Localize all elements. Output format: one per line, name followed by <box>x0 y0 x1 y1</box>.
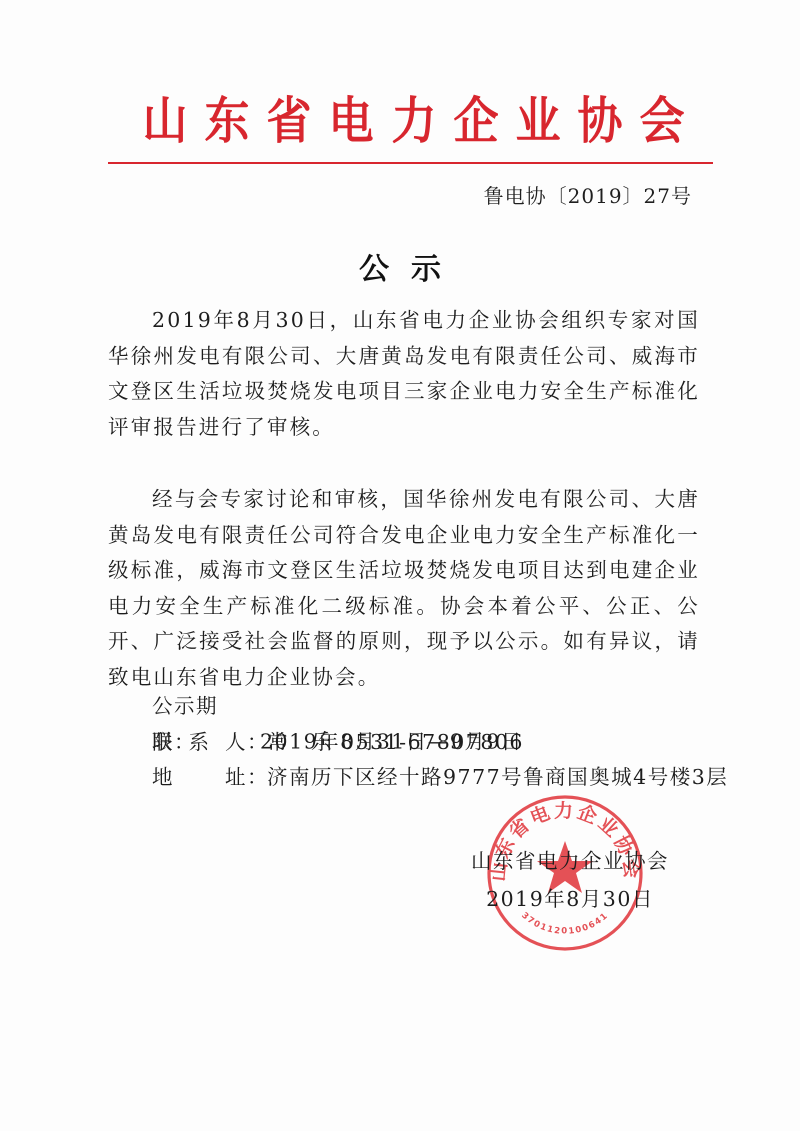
letterhead-char: 企 <box>453 88 498 154</box>
notice-title: 公示 <box>0 250 800 290</box>
letterhead-char: 业 <box>515 88 560 154</box>
document-number: 鲁电协〔2019〕27号 <box>484 181 692 211</box>
letterhead-title: 山 东 省 电 力 企 业 协 会 <box>108 88 713 154</box>
letterhead-divider <box>108 162 713 164</box>
contact-label: 联 系 人 <box>152 725 247 761</box>
paragraph-text: 2019年8月30日，山东省电力企业协会组织专家对国华徐州发电有限公司、大唐黄岛… <box>108 303 700 445</box>
document-page: 山 东 省 电 力 企 业 协 会 鲁电协〔2019〕27号 公示 2019年8… <box>0 0 800 1131</box>
body-paragraph-2: 经与会专家讨论和审核，国华徐州发电有限公司、大唐黄岛发电有限责任公司符合发电企业… <box>108 482 700 695</box>
contact-value: 常 乐 0531-67807806 <box>267 730 524 754</box>
paragraph-text: 经与会专家讨论和审核，国华徐州发电有限公司、大唐黄岛发电有限责任公司符合发电企业… <box>108 482 700 695</box>
letterhead-char: 省 <box>267 88 312 154</box>
letterhead-char: 山 <box>143 88 188 154</box>
letterhead-char: 会 <box>640 88 685 154</box>
address-label: 地 址 <box>152 760 247 796</box>
address-value: 济南历下区经十路9777号鲁商国奥城4号楼3层 <box>267 765 728 789</box>
letterhead-char: 协 <box>577 88 622 154</box>
signature-date: 2019年8月30日 <box>465 880 675 918</box>
contact-person: 联 系 人 ：常 乐 0531-67807806 <box>152 725 524 761</box>
letterhead-char: 东 <box>205 88 250 154</box>
letterhead-char: 力 <box>391 88 436 154</box>
body-paragraph-1: 2019年8月30日，山东省电力企业协会组织专家对国华徐州发电有限公司、大唐黄岛… <box>108 303 700 445</box>
address: 地 址 ：济南历下区经十路9777号鲁商国奥城4号楼3层 <box>152 760 728 796</box>
letterhead-char: 电 <box>329 88 374 154</box>
signature-organization: 山东省电力企业协会 <box>465 842 675 880</box>
